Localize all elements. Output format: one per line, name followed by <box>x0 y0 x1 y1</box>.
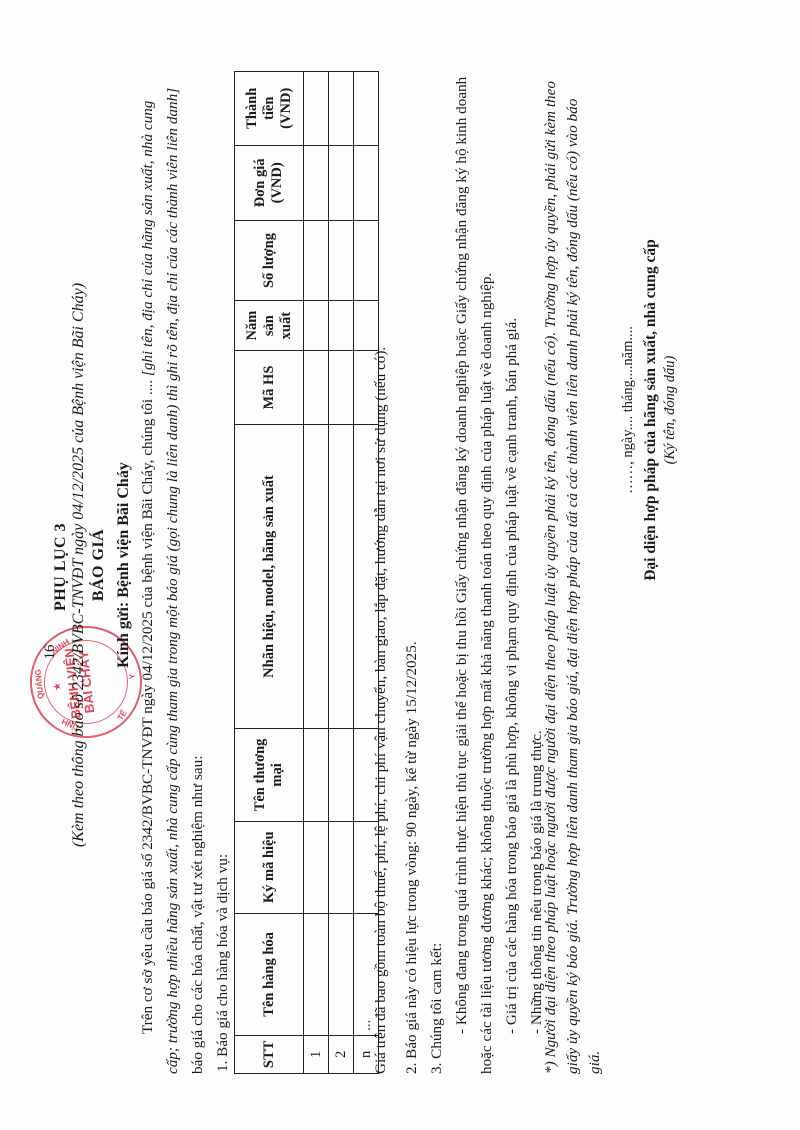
col-header-product-name: Tên hàng hóa <box>235 913 304 1035</box>
cell <box>329 72 354 146</box>
col-header-total: Thành tiền (VND) <box>235 72 304 146</box>
col-header-production-year: Năm sản xuất <box>235 300 304 350</box>
signer-note: (Ký tên, đóng dấu) <box>662 210 679 610</box>
cell <box>329 300 354 350</box>
cell <box>304 300 329 350</box>
cell <box>329 821 354 913</box>
cell <box>329 729 354 821</box>
cell <box>304 821 329 913</box>
table-row: 1 <box>304 72 329 1074</box>
commitment-item: - Giá trị của các hàng hóa trong báo giá… <box>499 74 524 1074</box>
col-header-trade-name: Tên thương mại <box>235 729 304 821</box>
intro-text-part3: báo giá cho các hóa chất, vật tư xét ngh… <box>189 756 206 1074</box>
price-includes-note: Giá trên đã bao gồm toàn bộ thuế, phí, l… <box>368 74 393 1074</box>
col-header-unit-price: Đơn giá (VND) <box>235 145 304 221</box>
cell-stt: 2 <box>329 1035 354 1073</box>
cell-stt: 1 <box>304 1035 329 1073</box>
cell <box>304 145 329 221</box>
footnote: *) Người đại diện theo pháp luật hoặc ng… <box>540 74 606 1074</box>
attachment-note: (Kèm theo thông báo số 2342/BVBC-TNVĐT n… <box>70 0 88 1130</box>
commitment-heading: 3. Chúng tôi cam kết: <box>424 74 449 1074</box>
col-header-hs-code: Mã HS <box>235 351 304 424</box>
intro-text-part1: Trên cơ sở yêu cầu báo giá số 2342/BVBC-… <box>139 376 156 1034</box>
cell <box>329 221 354 301</box>
section-1-heading: 1. Báo giá cho hàng hóa và dịch vụ: <box>214 854 232 1072</box>
document-page: QUẢNG TỈNH NINH TẾ Y ★ BỆNH VIỆN BÃI CHÁ… <box>0 0 800 1130</box>
date-line: ……, ngày.... tháng....năm.... <box>620 210 637 610</box>
col-header-quantity: Số lượng <box>235 221 304 301</box>
cell <box>304 424 329 728</box>
cell <box>329 913 354 1035</box>
cell <box>304 221 329 301</box>
table-header-row: STT Tên hàng hóa Ký mã hiệu Tên thương m… <box>235 72 304 1074</box>
intro-paragraph: Trên cơ sở yêu cầu báo giá số 2342/BVBC-… <box>135 74 210 1074</box>
quotation-table: STT Tên hàng hóa Ký mã hiệu Tên thương m… <box>234 71 379 1074</box>
col-header-stt: STT <box>235 1035 304 1073</box>
cell <box>329 424 354 728</box>
cell <box>304 351 329 424</box>
appendix-title: PHỤ LỤC 3 <box>52 2 70 1130</box>
col-header-code: Ký mã hiệu <box>235 821 304 913</box>
table-row: 2 <box>329 72 354 1074</box>
cell <box>304 913 329 1035</box>
col-header-brand-model-manufacturer: Nhãn hiệu, model, hãng sản xuất <box>235 424 304 728</box>
cell <box>304 729 329 821</box>
document-title: BÁO GIÁ <box>90 0 108 1130</box>
cell <box>329 145 354 221</box>
cell <box>329 351 354 424</box>
terms-section: Giá trên đã bao gồm toàn bộ thuế, phí, l… <box>368 74 549 1074</box>
scanned-document-viewport: QUẢNG TỈNH NINH TẾ Y ★ BỆNH VIỆN BÃI CHÁ… <box>0 0 800 1130</box>
signer-title: Đại diện hợp pháp của hãng sản xuất, nhà… <box>642 160 660 660</box>
validity-note: 2. Báo giá này có hiệu lực trong vòng: 9… <box>399 74 424 1074</box>
footnote-text: *) Người đại diện theo pháp luật hoặc ng… <box>540 74 606 1074</box>
cell <box>304 72 329 146</box>
stamp-ring-text-top: QUẢNG <box>33 669 45 700</box>
commitment-item: - Không đang trong quá trình thực hiện t… <box>449 74 499 1074</box>
recipient-line: Kính gửi: Bệnh viện Bãi Cháy <box>115 0 133 1130</box>
